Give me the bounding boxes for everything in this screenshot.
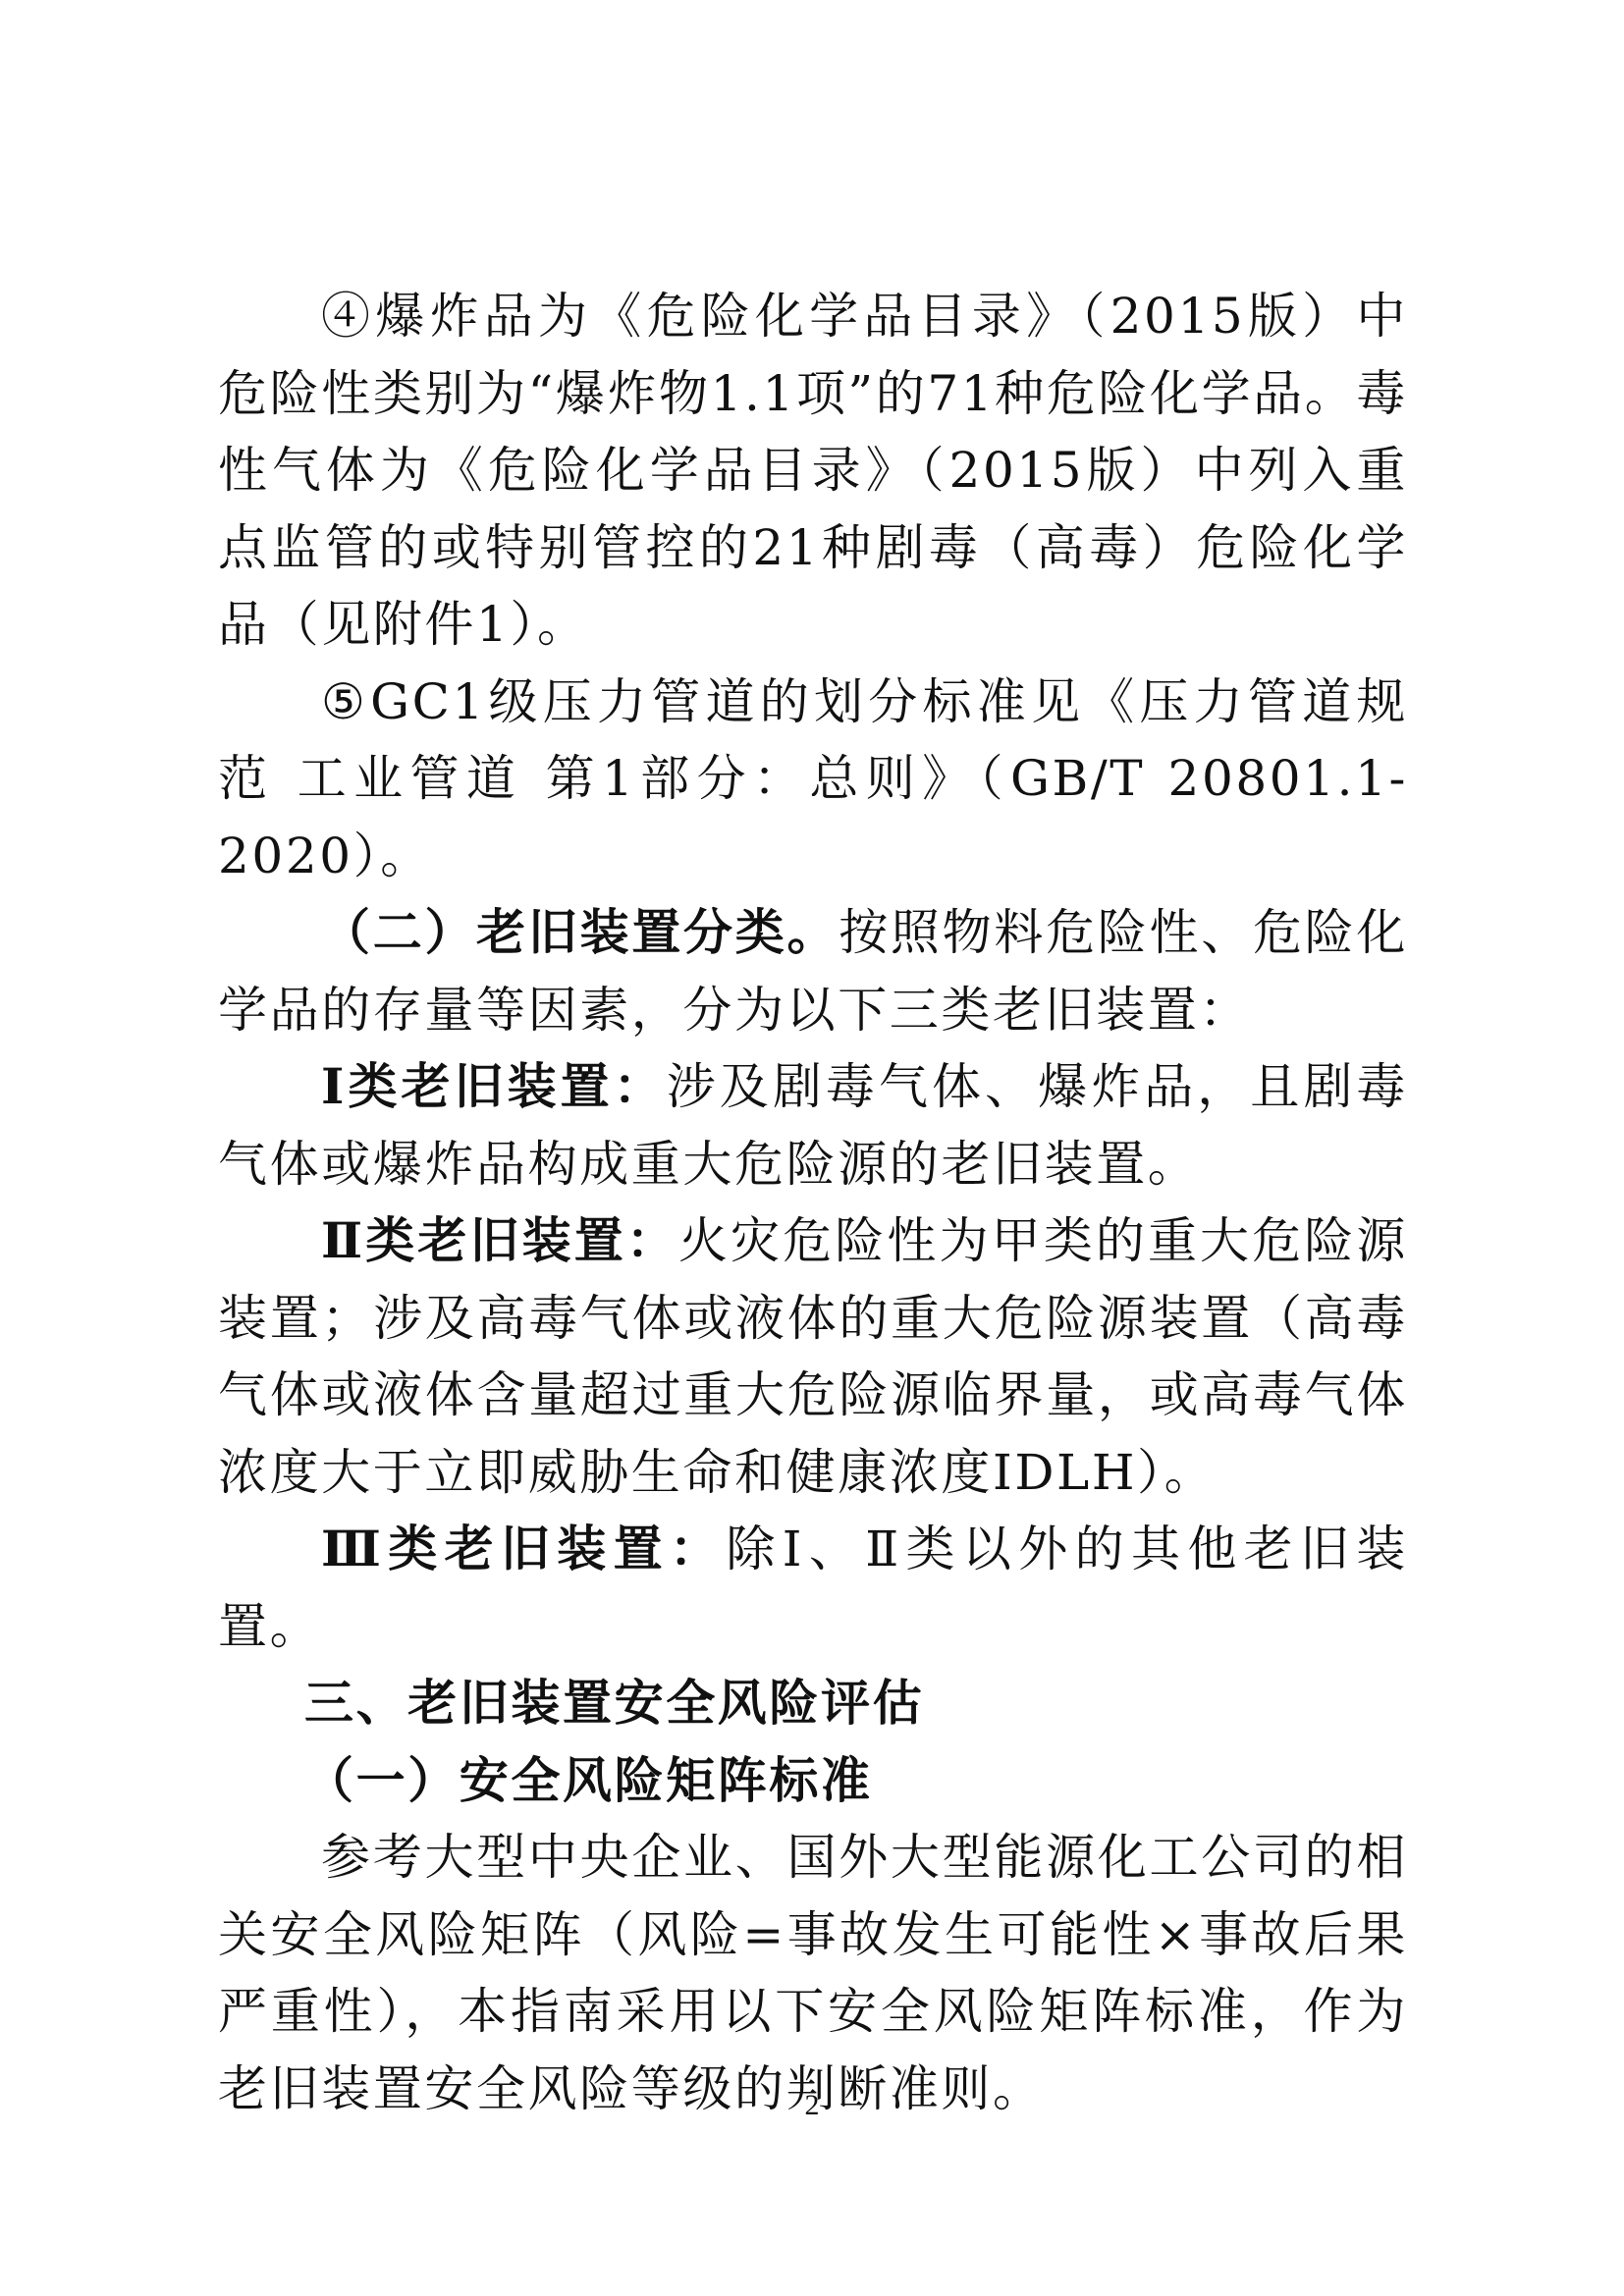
class-1-label: Ⅰ类老旧装置： xyxy=(321,1057,667,1115)
paragraph-class-2: Ⅱ类老旧装置：火灾危险性为甲类的重大危险源装置；涉及高毒气体或液体的重大危险源装… xyxy=(218,1202,1408,1511)
paragraph-device-classification: （二）老旧装置分类。按照物料危险性、危险化学品的存量等因素，分为以下三类老旧装置… xyxy=(218,894,1408,1048)
class-3-label: Ⅲ类老旧装置： xyxy=(321,1520,726,1577)
page-body: ④爆炸品为《危险化学品目录》（2015版）中危险性类别为“爆炸物1.1项”的71… xyxy=(218,278,1408,2127)
paragraph-explosives-toxic-gas: ④爆炸品为《危险化学品目录》（2015版）中危险性类别为“爆炸物1.1项”的71… xyxy=(218,278,1408,664)
paragraph-risk-matrix-description: 参考大型中央企业、国外大型能源化工公司的相关安全风险矩阵（风险=事故发生可能性×… xyxy=(218,1819,1408,2127)
classification-label: （二）老旧装置分类。 xyxy=(321,903,839,961)
subsection-heading-risk-matrix: （一）安全风险矩阵标准 xyxy=(218,1742,1408,1820)
section-heading-risk-assessment: 三、老旧装置安全风险评估 xyxy=(218,1665,1408,1742)
paragraph-gc1-pressure-pipe: ⑤GC1级压力管道的划分标准见《压力管道规范 工业管道 第1部分：总则》（GB/… xyxy=(218,664,1408,895)
class-2-label: Ⅱ类老旧装置： xyxy=(321,1211,678,1269)
paragraph-class-1: Ⅰ类老旧装置：涉及剧毒气体、爆炸品，且剧毒气体或爆炸品构成重大危险源的老旧装置。 xyxy=(218,1048,1408,1202)
page-number: 2 xyxy=(0,2089,1624,2122)
document-page: ④爆炸品为《危险化学品目录》（2015版）中危险性类别为“爆炸物1.1项”的71… xyxy=(0,0,1624,2296)
paragraph-class-3: Ⅲ类老旧装置：除Ⅰ、Ⅱ类以外的其他老旧装置。 xyxy=(218,1511,1408,1665)
